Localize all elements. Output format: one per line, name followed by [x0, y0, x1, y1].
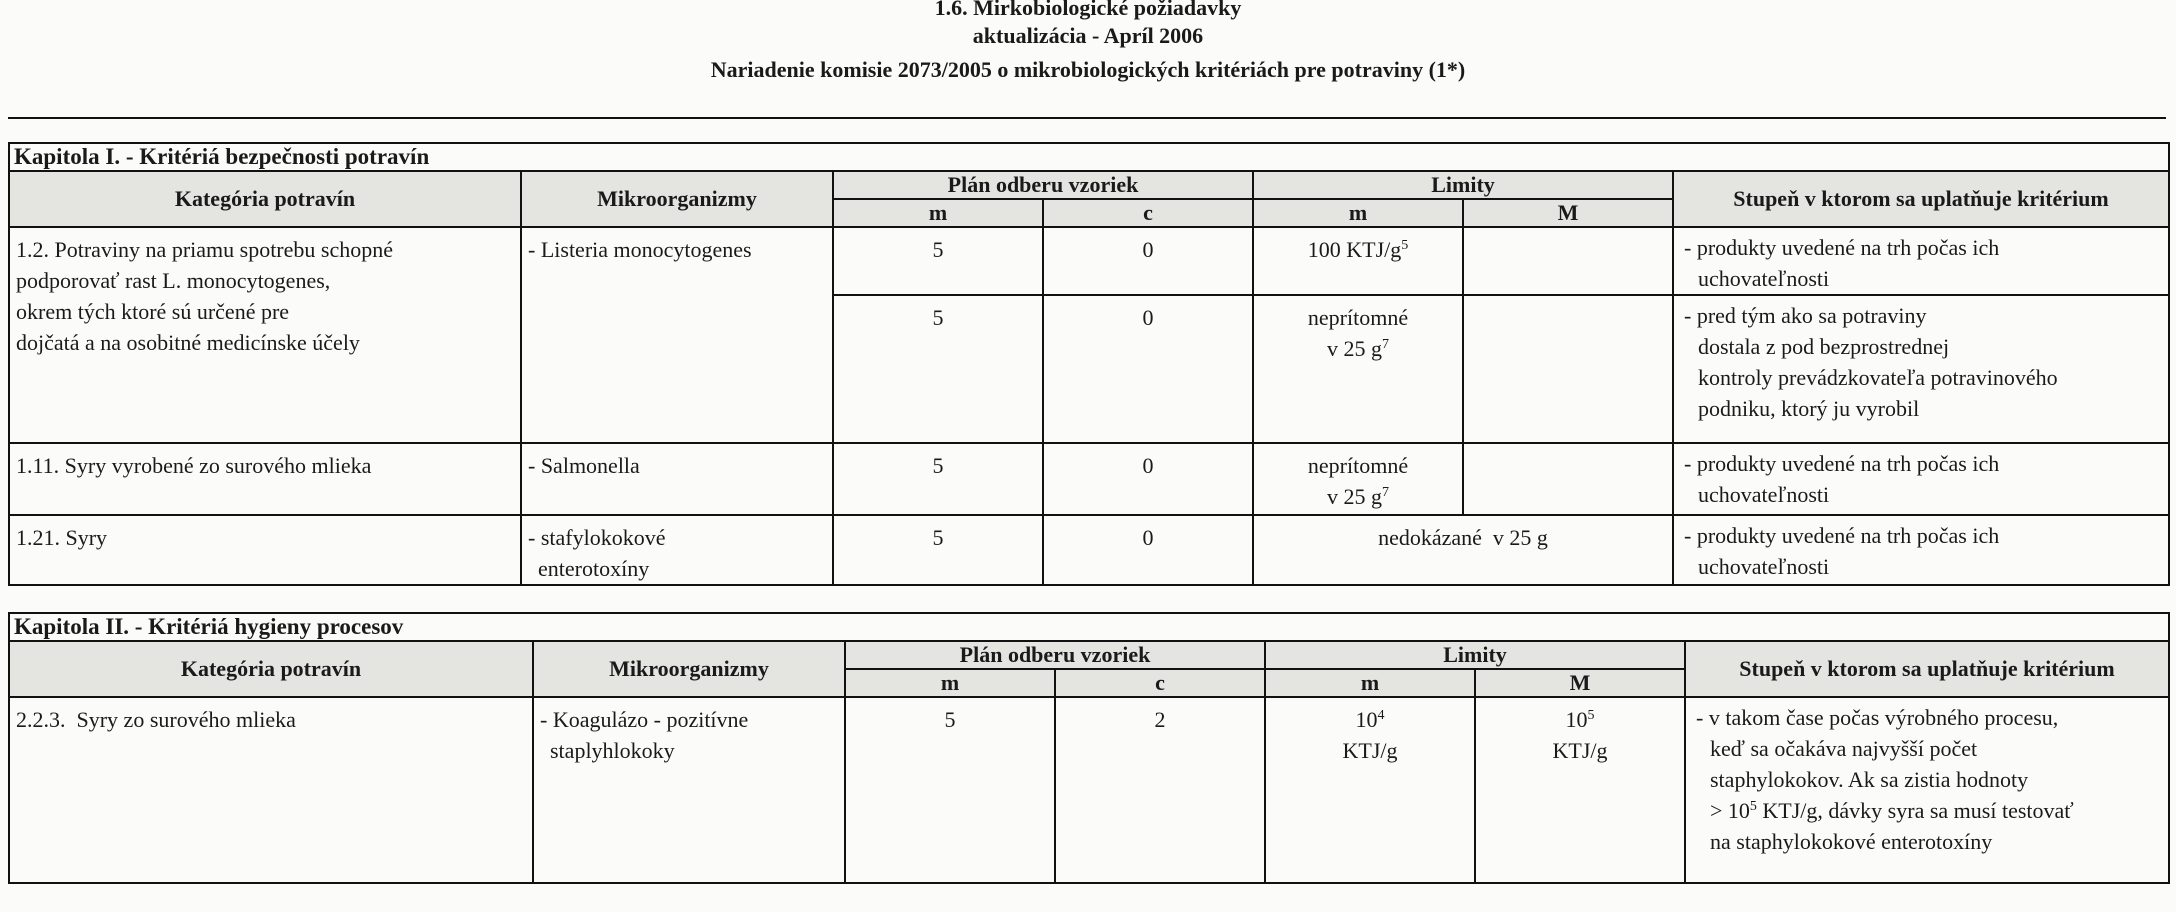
sampling-c-cell: 2 [1055, 697, 1265, 883]
header-category: Kategória potravín [9, 641, 533, 697]
microorganism-cell: - Listeria monocytogenes [521, 227, 833, 443]
sampling-n-cell: 5 [833, 227, 1043, 295]
microorganism-cell: - stafylokokové enterotoxíny [521, 515, 833, 585]
chapter2-table: Kapitola II. - Kritériá hygieny procesov… [8, 612, 2170, 884]
header-sampling-c: c [1055, 669, 1265, 697]
header-limits: Limity [1265, 641, 1685, 669]
microorganism-cell: - Salmonella [521, 443, 833, 515]
microorganism-line: - Listeria monocytogenes [528, 234, 832, 265]
table-row: 1.21. Syry - stafylokokové enterotoxíny … [9, 515, 2169, 585]
sampling-n-cell: 5 [845, 697, 1055, 883]
header-category: Kategória potravín [9, 171, 521, 227]
category-cell: 1.21. Syry [9, 515, 521, 585]
document-title: 1.6. Mirkobiologické požiadavky [0, 0, 2176, 22]
limit-m-cell: neprítomné v 25 g7 [1253, 295, 1463, 443]
header-limit-M: M [1475, 669, 1685, 697]
header-limit-m: m [1265, 669, 1475, 697]
category-line: 1.2. Potraviny na priamu spotrebu schopn… [16, 234, 520, 265]
chapter2-title: Kapitola II. - Kritériá hygieny procesov [9, 613, 2169, 641]
header-sampling-n: m [845, 669, 1055, 697]
category-cell: 1.11. Syry vyrobené zo surového mlieka [9, 443, 521, 515]
stage-cell: - produkty uvedené na trh počas ich ucho… [1673, 515, 2169, 585]
limit-m-cell: 100 KTJ/g5 [1253, 227, 1463, 295]
header-sampling-plan: Plán odberu vzoriek [845, 641, 1265, 669]
header-limit-M: M [1463, 199, 1673, 227]
category-line: podporovať rast L. monocytogenes, [16, 265, 520, 296]
table-row: 1.2. Potraviny na priamu spotrebu schopn… [9, 227, 2169, 295]
header-sampling-plan: Plán odberu vzoriek [833, 171, 1253, 199]
limit-m-cell: neprítomné v 25 g7 [1253, 443, 1463, 515]
regulation-title: Nariadenie komisie 2073/2005 o mikrobiol… [0, 56, 2176, 84]
stage-cell: - pred tým ako sa potraviny dostala z po… [1673, 295, 2169, 443]
sampling-c-cell: 0 [1043, 443, 1253, 515]
header-microorganisms: Mikroorganizmy [521, 171, 833, 227]
header-stage: Stupeň v ktorom sa uplatňuje kritérium [1673, 171, 2169, 227]
header-limit-m: m [1253, 199, 1463, 227]
category-cell: 2.2.3. Syry zo surového mlieka [9, 697, 533, 883]
stage-cell: - v takom čase počas výrobného procesu, … [1685, 697, 2169, 883]
chapter1-table: Kapitola I. - Kritériá bezpečnosti potra… [8, 142, 2170, 586]
sampling-c-cell: 0 [1043, 515, 1253, 585]
limit-M-cell [1463, 295, 1673, 443]
header-microorganisms: Mikroorganizmy [533, 641, 845, 697]
limit-M-cell [1463, 443, 1673, 515]
category-line: dojčatá a na osobitné medicínske účely [16, 327, 520, 358]
limit-M-cell [1463, 227, 1673, 295]
category-line: okrem tých ktoré sú určené pre [16, 296, 520, 327]
table-row: 2.2.3. Syry zo surového mlieka - Koagulá… [9, 697, 2169, 883]
sampling-n-cell: 5 [833, 515, 1043, 585]
microorganism-cell: - Koagulázo - pozitívne staplyhlokoky [533, 697, 845, 883]
limit-m-cell: 104 KTJ/g [1265, 697, 1475, 883]
sampling-c-cell: 0 [1043, 295, 1253, 443]
sampling-n-cell: 5 [833, 443, 1043, 515]
chapter1-title: Kapitola I. - Kritériá bezpečnosti potra… [9, 143, 2169, 171]
category-cell: 1.2. Potraviny na priamu spotrebu schopn… [9, 227, 521, 443]
header-sampling-c: c [1043, 199, 1253, 227]
sampling-c-cell: 0 [1043, 227, 1253, 295]
table-row: 1.11. Syry vyrobené zo surového mlieka -… [9, 443, 2169, 515]
header-stage: Stupeň v ktorom sa uplatňuje kritérium [1685, 641, 2169, 697]
limit-merged-cell: nedokázané v 25 g [1253, 515, 1673, 585]
sampling-n-cell: 5 [833, 295, 1043, 443]
header-limits: Limity [1253, 171, 1673, 199]
stage-cell: - produkty uvedené na trh počas ich ucho… [1673, 443, 2169, 515]
document-subtitle: aktualizácia - Apríl 2006 [0, 22, 2176, 50]
limit-M-cell: 105 KTJ/g [1475, 697, 1685, 883]
header-sampling-n: m [833, 199, 1043, 227]
stage-cell: - produkty uvedené na trh počas ich ucho… [1673, 227, 2169, 295]
